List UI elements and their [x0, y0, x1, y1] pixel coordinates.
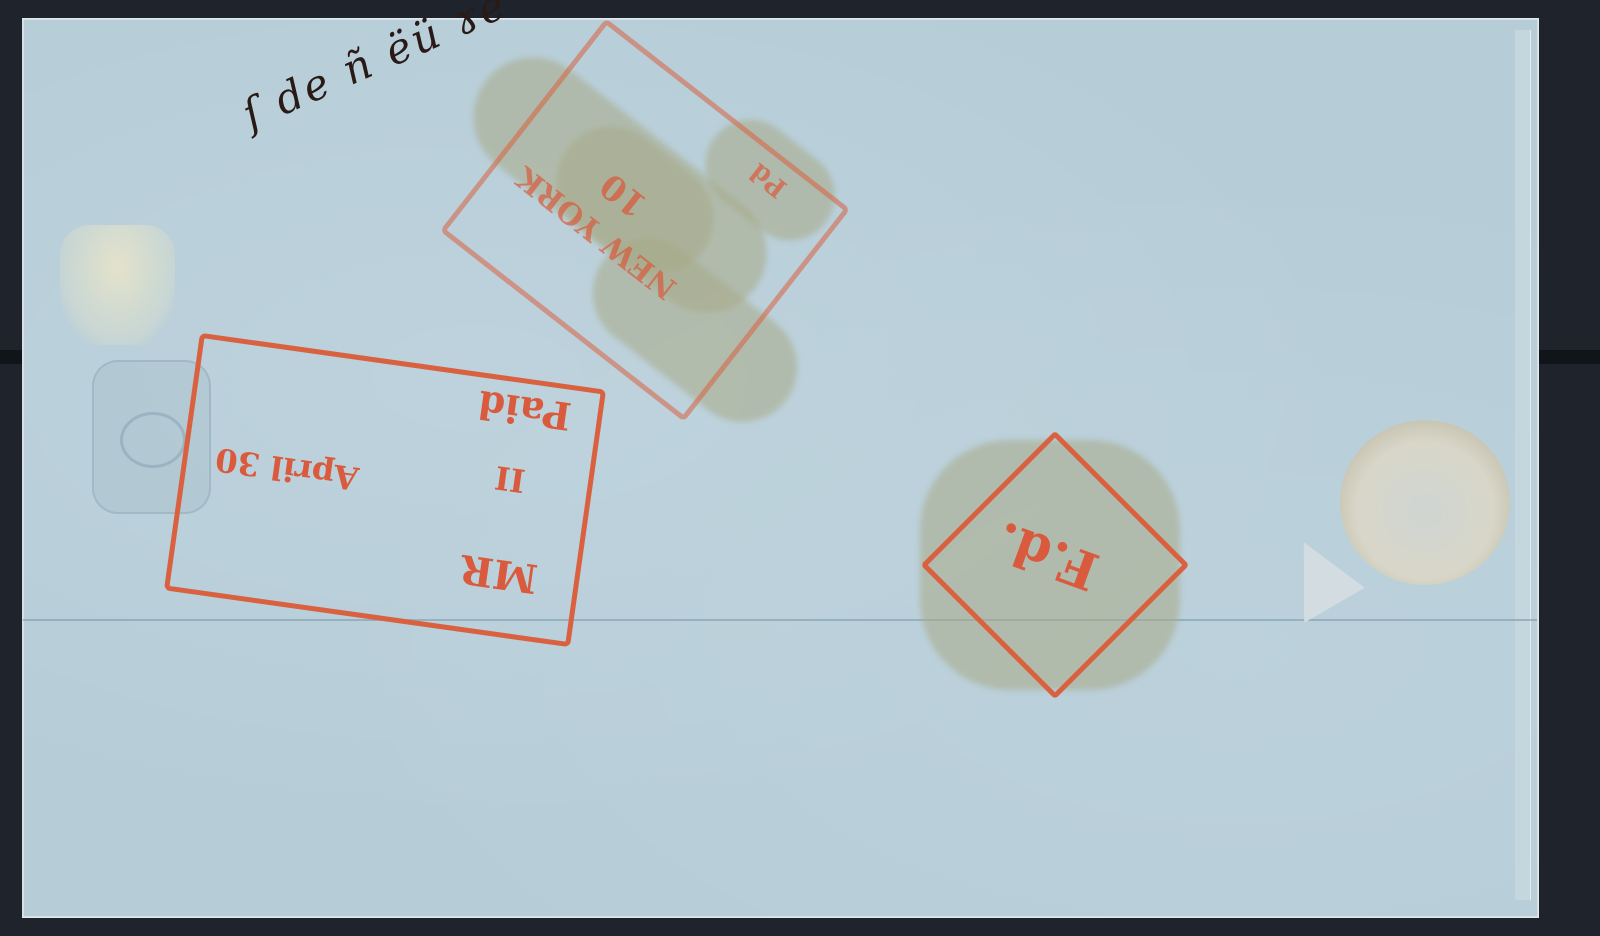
wax-seal [1340, 420, 1510, 585]
cover-edge [22, 20, 23, 915]
cover-flap-edge [1515, 30, 1531, 900]
boxed-date-postmark: Paid II April 30 MR [160, 320, 620, 670]
postmark-roman-text: II [493, 458, 528, 500]
diamond-postmark: F.d. [890, 400, 1220, 730]
paper-stain [60, 225, 175, 345]
